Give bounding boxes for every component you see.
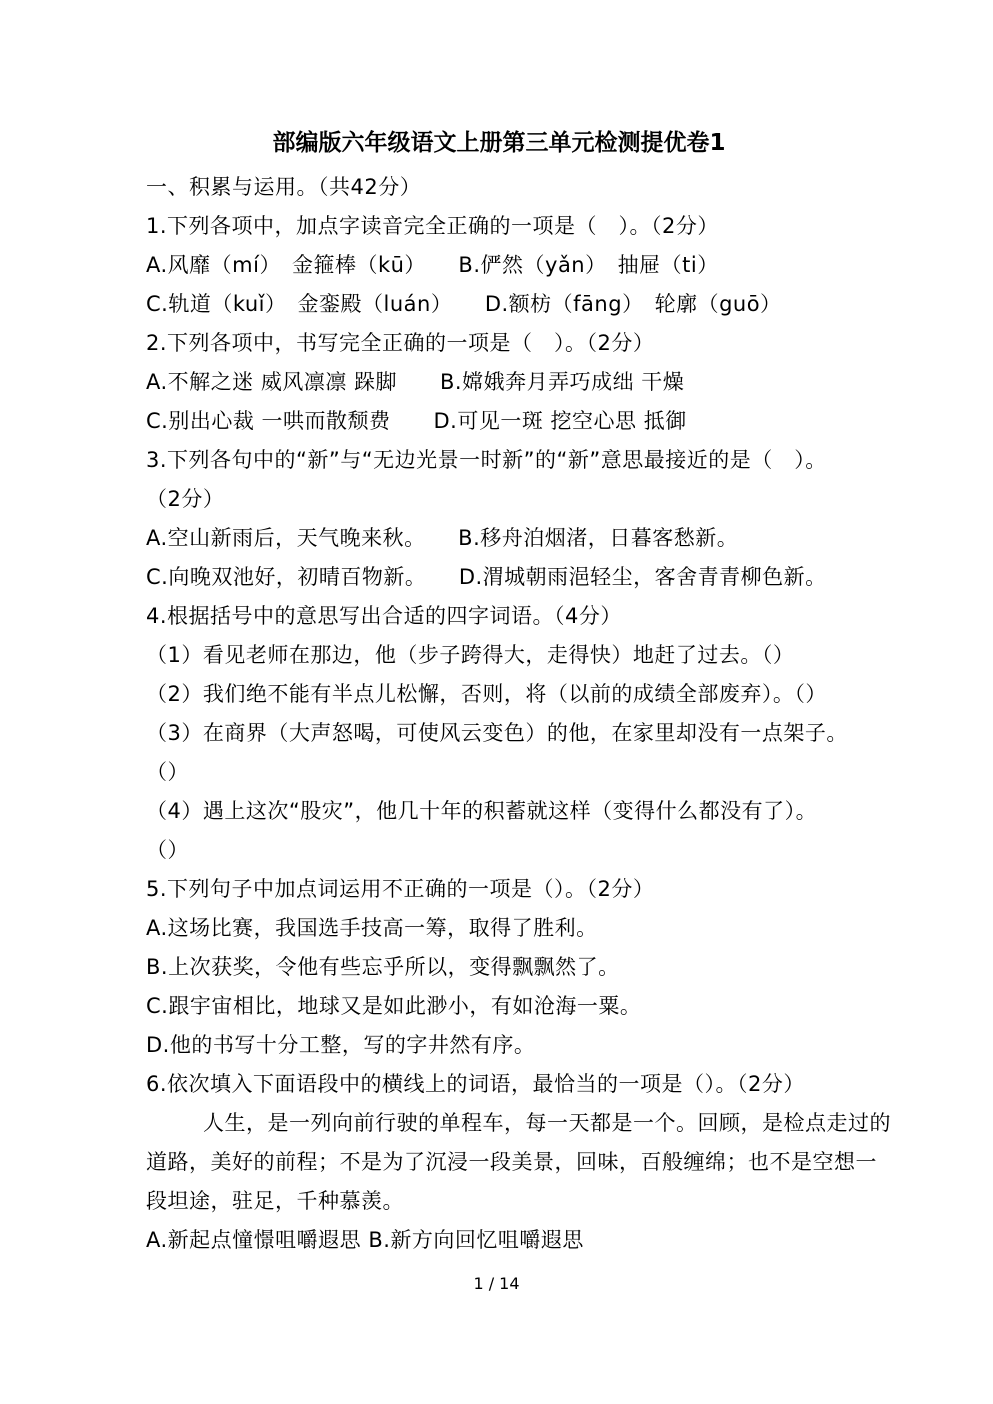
question-5-stem: 5.下列句子中加点词运用不正确的一项是（）。（2分） (146, 870, 852, 909)
question-3-stem-continuation: （2分） (146, 480, 852, 519)
question-1-stem: 1.下列各项中，加点字读音完全正确的一项是（ ）。（2分） (146, 207, 852, 246)
question-4-item-2: （2）我们绝不能有半点儿松懈，否则，将（以前的成绩全部废弃）。（） (146, 675, 852, 714)
section-heading: 一、积累与运用。（共42分） (146, 168, 852, 207)
question-3-options-cd: C.向晚双池好，初晴百物新。 D.渭城朝雨浥轻尘，客舍青青柳色新。 (146, 558, 852, 597)
question-4-item-3-answer-blank: （） (146, 753, 852, 792)
question-3-stem: 3.下列各句中的“新”与“无边光景一时新”的“新”意思最接近的是（ ）。 (146, 441, 852, 480)
question-4-stem: 4.根据括号中的意思写出合适的四字词语。（4分） (146, 597, 852, 636)
question-5-option-b: B.上次获奖，令他有些忘乎所以，变得飘飘然了。 (146, 948, 852, 987)
question-4-item-1: （1）看见老师在那边，他（步子跨得大，走得快）地赶了过去。（） (146, 636, 852, 675)
question-6-passage-line-2: 道路，美好的前程；不是为了沉浸一段美景，回味，百般缠绵；也不是空想一 (146, 1143, 852, 1182)
question-4-item-3: （3）在商界（大声怒喝，可使风云变色）的他，在家里却没有一点架子。 (146, 714, 852, 753)
page-number: 1 / 14 (0, 1274, 993, 1294)
question-5-option-a: A.这场比赛，我国选手技高一筹，取得了胜利。 (146, 909, 852, 948)
question-2-options-ab: A.不解之迷 威风凛凛 跺脚 B.嫦娥奔月弄巧成绌 干燥 (146, 363, 852, 402)
question-2-options-cd: C.别出心裁 一哄而散颓费 D.可见一斑 挖空心思 抵御 (146, 402, 852, 441)
question-6-stem: 6.依次填入下面语段中的横线上的词语，最恰当的一项是（）。（2分） (146, 1065, 852, 1104)
question-5-option-d: D.他的书写十分工整，写的字井然有序。 (146, 1026, 852, 1065)
question-2-stem: 2.下列各项中，书写完全正确的一项是（ ）。（2分） (146, 324, 852, 363)
question-1-options-cd: C.轨道（kuǐ） 金銮殿（luán） D.额枋（fāng） 轮廓（guō） (146, 285, 852, 324)
question-4-item-4-answer-blank: （） (146, 831, 852, 870)
question-4-item-4: （4）遇上这次“股灾”，他几十年的积蓄就这样（变得什么都没有了）。 (146, 792, 852, 831)
question-6-options-ab: A.新起点憧憬咀嚼遐思 B.新方向回忆咀嚼遐思 (146, 1221, 852, 1260)
question-6-passage-line-3: 段坦途，驻足，千种慕羡。 (146, 1182, 852, 1221)
question-1-options-ab: A.风靡（mí） 金箍棒（kū） B.俨然（yǎn） 抽屉（ti） (146, 246, 852, 285)
question-6-passage-line-1: 人生，是一列向前行驶的单程车，每一天都是一个。回顾，是检点走过的 (146, 1104, 852, 1143)
document-content: 部编版六年级语文上册第三单元检测提优卷1 一、积累与运用。（共42分） 1.下列… (146, 128, 852, 1260)
document-page: 部编版六年级语文上册第三单元检测提优卷1 一、积累与运用。（共42分） 1.下列… (0, 0, 993, 1404)
document-title: 部编版六年级语文上册第三单元检测提优卷1 (146, 128, 852, 158)
question-5-option-c: C.跟宇宙相比，地球又是如此渺小，有如沧海一粟。 (146, 987, 852, 1026)
question-3-options-ab: A.空山新雨后，天气晚来秋。 B.移舟泊烟渚，日暮客愁新。 (146, 519, 852, 558)
